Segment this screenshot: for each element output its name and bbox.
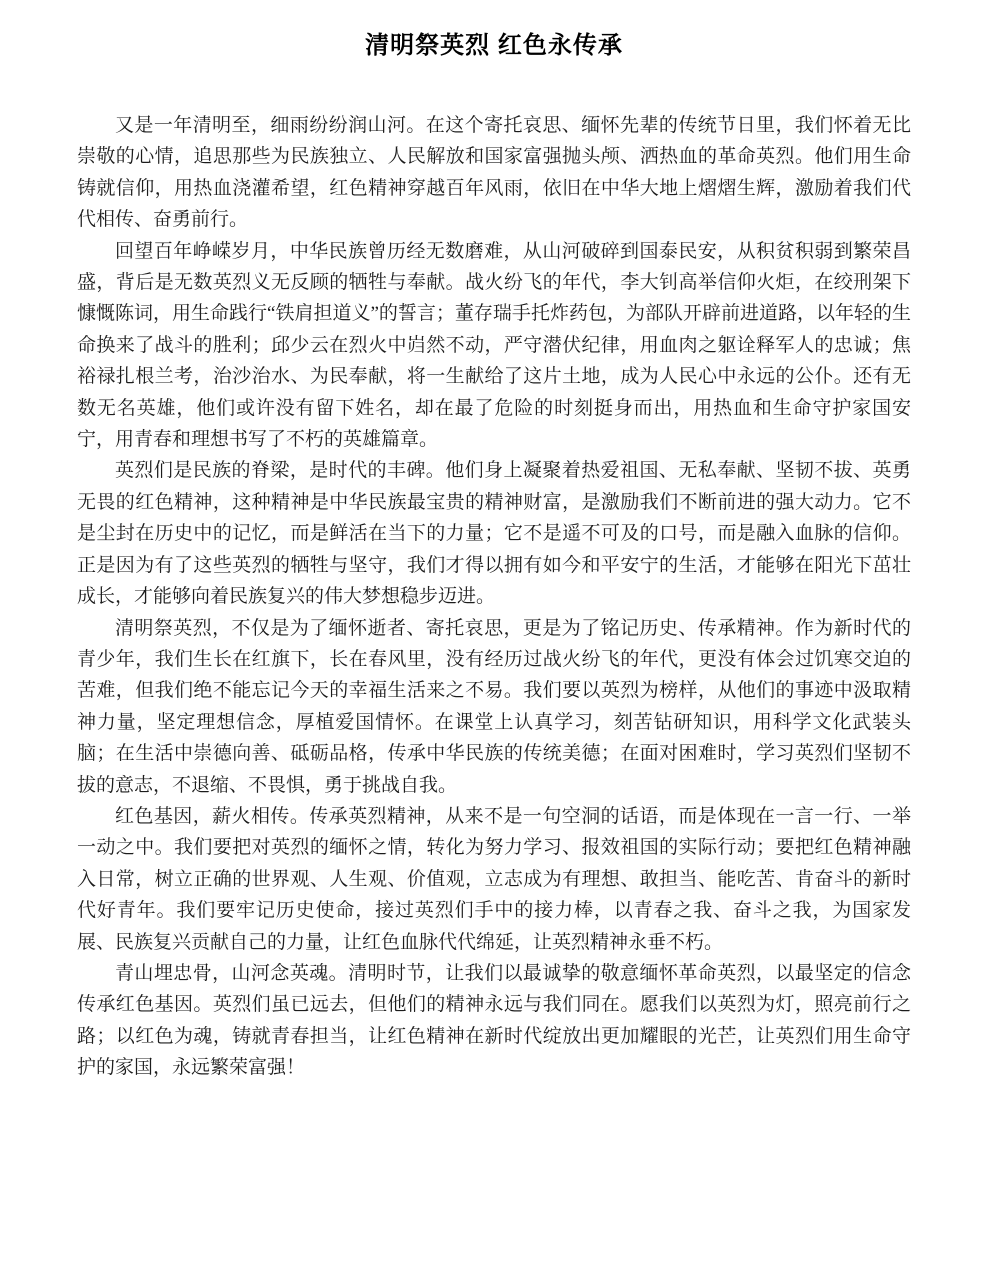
document-page: 清明祭英烈 红色永传承 又是一年清明至，细雨纷纷润山河。在这个寄托哀思、缅怀先辈…: [0, 0, 988, 1264]
paragraph-intro: 又是一年清明至，细雨纷纷润山河。在这个寄托哀思、缅怀先辈的传统节日里，我们怀着无…: [77, 110, 911, 236]
document-body: 又是一年清明至，细雨纷纷润山河。在这个寄托哀思、缅怀先辈的传统节日里，我们怀着无…: [77, 110, 911, 1084]
paragraph-history-heroes: 回望百年峥嵘岁月，中华民族曾历经无数磨难，从山河破碎到国泰民安，从积贫积弱到繁荣…: [77, 236, 911, 456]
paragraph-youth-duty: 清明祭英烈，不仅是为了缅怀逝者、寄托哀思，更是为了铭记历史、传承精神。作为新时代…: [77, 613, 911, 801]
paragraph-red-spirit: 英烈们是民族的脊梁，是时代的丰碑。他们身上凝聚着热爱祖国、无私奉献、坚韧不拔、英…: [77, 455, 911, 612]
document-title: 清明祭英烈 红色永传承: [0, 30, 988, 62]
paragraph-red-gene: 红色基因，薪火相传。传承英烈精神，从来不是一句空洞的话语，而是体现在一言一行、一…: [77, 801, 911, 958]
paragraph-conclusion: 青山埋忠骨，山河念英魂。清明时节，让我们以最诚挚的敬意缅怀革命英烈，以最坚定的信…: [77, 958, 911, 1084]
